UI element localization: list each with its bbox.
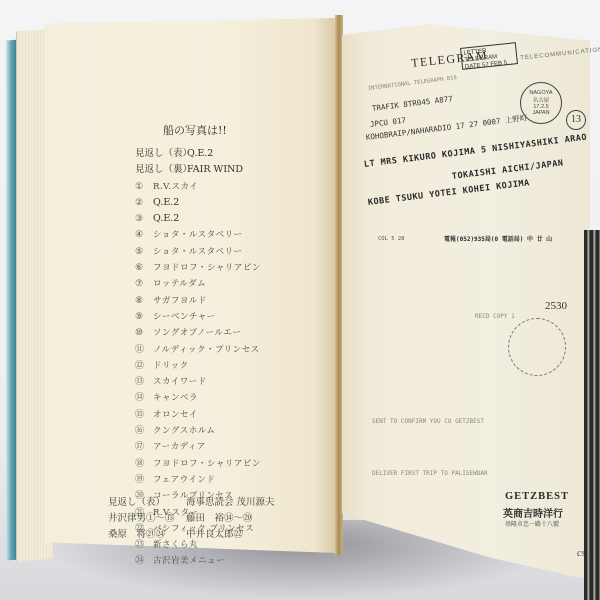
list-item: ③Q.E.2 xyxy=(135,211,335,227)
credit-row: 見返し（表）海事思読会 茂川源夫 xyxy=(108,495,275,511)
credit-row: 桑原 将㉑㉔中井良太郎㉒ xyxy=(108,527,275,543)
telegram-meta-right: 電報(052)935局(0 電話局) 中 廿 山 xyxy=(444,234,552,243)
list-item: 見返し（表）Q.E.2 xyxy=(135,146,335,162)
list-item: ⑩ソングオブノールエー xyxy=(135,325,335,341)
list-item: ②Q.E.2 xyxy=(135,195,335,211)
credit-row: 井沢律男①〜⑬藤田 裕⑭〜⑳ xyxy=(108,511,275,527)
list-item: ⑮オロンセイ xyxy=(135,407,335,423)
list-item: ⑨シーベンチャー xyxy=(135,309,335,325)
telegram-faint-line: RECD COPY 1 xyxy=(475,313,515,320)
company-name-jp: 英商吉時洋行 xyxy=(503,505,563,520)
book-gutter xyxy=(335,15,343,555)
list-item: ⑬スカイワード xyxy=(135,374,335,390)
company-name-en: GETZBEST xyxy=(505,491,569,502)
list-item: ⑦ロッテルダム xyxy=(135,276,335,292)
list-item: ⑲フェアウインド xyxy=(135,472,335,488)
page-mark: cs xyxy=(577,548,585,559)
list-item: ⑫ドリック xyxy=(135,358,335,374)
list-item: ⑰アーカディア xyxy=(135,439,335,455)
page-stack-right xyxy=(584,230,600,600)
list-item: ⑪ノルディック・プリンセス xyxy=(135,342,335,358)
list-item: ⑧サガフヨルド xyxy=(135,293,335,309)
list-item: ⑭キャンベラ xyxy=(135,390,335,406)
list-title: 船の写真は!! xyxy=(163,122,335,138)
telegram-faint-line: DELIVER FIRST TRIP TO PALISEWDAR xyxy=(372,470,488,477)
list-item: ㉔古沢岩美メニュー xyxy=(135,553,335,569)
list-item: 見返し（裏）FAIR WIND xyxy=(135,162,335,178)
list-item: ⑥フヨドロフ・シャリアピン xyxy=(135,260,335,276)
telegram-number: 2530 xyxy=(545,300,567,312)
book-photo: 船の写真は!! 見返し（表）Q.E.2 見返し（裏）FAIR WIND ①R.V… xyxy=(0,0,600,600)
letter-telegram-box: LETTER TELEGRAM DATE 57 FEB 5 xyxy=(460,42,518,70)
list-item: ⑤ショタ・ルスタベリー xyxy=(135,244,335,260)
circled-number-stamp: 13 xyxy=(566,110,586,130)
telegram-faint-line: SENT TO CONFIRM YOU CO GETZBEST xyxy=(372,418,484,425)
list-item: ⑱フヨドロフ・シャリアピン xyxy=(135,456,335,472)
telegram-meta-left: COL 5 28 xyxy=(378,236,405,242)
photo-credits: 見返し（表）海事思読会 茂川源夫 井沢律男①〜⑬藤田 裕⑭〜⑳ 桑原 将㉑㉔中井… xyxy=(108,495,275,543)
list-item: ⑯クングスホルム xyxy=(135,423,335,439)
postmark-stamp xyxy=(508,318,566,376)
list-item: ①R.V.スカイ xyxy=(135,179,335,195)
company-address: 基隆市忠一路十八號 xyxy=(505,519,559,528)
list-item: ④ショタ・ルスタベリー xyxy=(135,227,335,243)
